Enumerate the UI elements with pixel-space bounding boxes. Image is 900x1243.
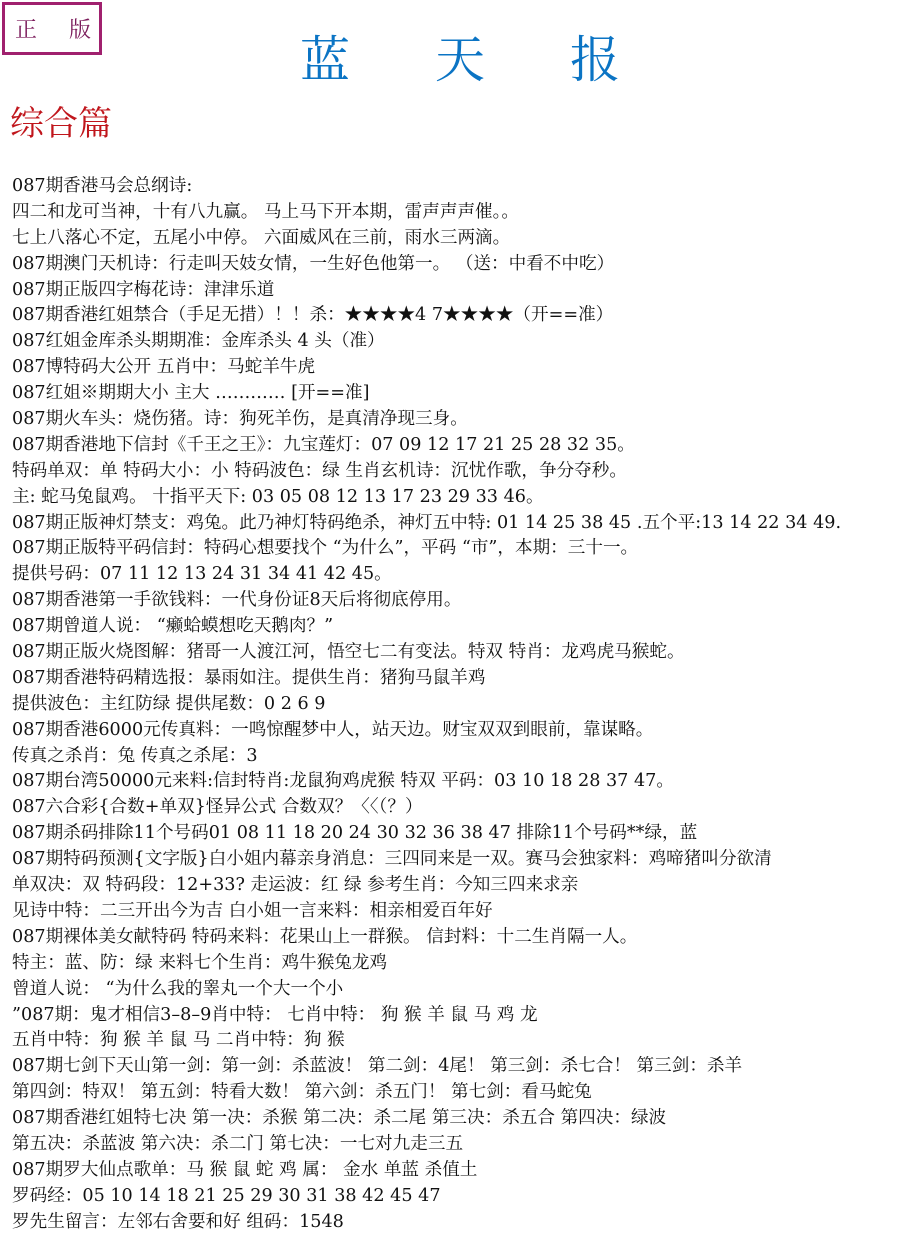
- text-line: 特主：蓝、防：绿 来料七个生肖：鸡牛猴兔龙鸡: [12, 951, 900, 977]
- text-line: 主: 蛇马兔鼠鸡。 十指平天下: 03 05 08 12 13 17 23 29…: [12, 485, 900, 511]
- badge-char: 版: [69, 13, 91, 44]
- text-line: 087期正版四字梅花诗：津津乐道: [12, 278, 900, 304]
- title-char: 报: [570, 20, 620, 92]
- text-line: 087期特码预测{文字版}白小姐内幕亲身消息：三四同来是一双。赛马会独家料：鸡啼…: [12, 847, 900, 873]
- badge-char: 正: [15, 13, 37, 44]
- content-lines: 087期香港马会总纲诗: 四二和龙可当神，十有八九赢。 马上马下开本期，雷声声声…: [12, 174, 900, 1236]
- text-line: 087期香港第一手欲钱料：一代身份证8天后将彻底停用。: [12, 588, 900, 614]
- text-line: 087期香港6000元传真料：一鸣惊醒梦中人，站天边。财宝双双到眼前，靠谋略。: [12, 718, 900, 744]
- text-line: 曾道人说： “为什么我的睾丸一个大一个小: [12, 977, 900, 1003]
- text-line: 087期正版火烧图解：猪哥一人渡江河，悟空七二有变法。特双 特肖：龙鸡虎马猴蛇。: [12, 640, 900, 666]
- text-line: ”087期：鬼才相信3–8–9肖中特： 七肖中特： 狗 猴 羊 鼠 马 鸡 龙: [12, 1003, 900, 1029]
- text-line: 087期正版特平码信封：特码心想要找个 “为什么”，平码 “市”，本期：三十一。: [12, 536, 900, 562]
- text-line: 087期裸体美女献特码 特码来料：花果山上一群猴。 信封料：十二生肖隔一人。: [12, 925, 900, 951]
- text-line: 087期曾道人说： “癞蛤蟆想吃天鹅肉？”: [12, 614, 900, 640]
- text-line: 087期香港特码精选报：暴雨如注。提供生肖：猪狗马鼠羊鸡: [12, 666, 900, 692]
- newspaper-title: 蓝 天 报: [300, 20, 620, 92]
- text-line: 罗先生留言：左邻右舍要和好 组码：1548: [12, 1210, 900, 1236]
- text-line: 087期香港红姐特七决 第一决：杀猴 第二决：杀二尾 第三决：杀五合 第四决：绿…: [12, 1106, 900, 1132]
- text-line: 见诗中特：二三开出今为吉 白小姐一言来料：相亲相爱百年好: [12, 899, 900, 925]
- text-line: 087期罗大仙点歌单：马 猴 鼠 蛇 鸡 属： 金水 单蓝 杀值土: [12, 1158, 900, 1184]
- text-line: 087期七剑下天山第一剑：第一剑：杀蓝波！ 第二剑：4尾！ 第三剑：杀七合！ 第…: [12, 1054, 900, 1080]
- text-line: 087期香港马会总纲诗:: [12, 174, 900, 200]
- text-line: 七上八落心不定，五尾小中停。 六面威风在三前，雨水三两滴。: [12, 226, 900, 252]
- text-line: 罗码经：05 10 14 18 21 25 29 30 31 38 42 45 …: [12, 1184, 900, 1210]
- text-line: 提供号码：07 11 12 13 24 31 34 41 42 45。: [12, 562, 900, 588]
- text-line: 087期澳门天机诗：行走叫天妓女情，一生好色他第一。 （送：中看不中吃）: [12, 252, 900, 278]
- text-line: 087期香港地下信封《千王之王》：九宝莲灯：07 09 12 17 21 25 …: [12, 433, 900, 459]
- text-line: 五肖中特：狗 猴 羊 鼠 马 二肖中特：狗 猴: [12, 1028, 900, 1054]
- text-line: 特码单双：单 特码大小：小 特码波色：绿 生肖玄机诗：沉忧作歌，争分夺秒。: [12, 459, 900, 485]
- text-line: 第四剑：特双！ 第五剑：特看大数！ 第六剑：杀五门！ 第七剑：看马蛇兔: [12, 1080, 900, 1106]
- text-line: 087红姐※期期大小 主大 ………… [开==准]: [12, 381, 900, 407]
- text-line: 第五决：杀蓝波 第六决：杀二门 第七决：一七对九走三五: [12, 1132, 900, 1158]
- text-line: 087期香港红姐禁合（手足无措）！！杀：★★★★4 7★★★★（开==准）: [12, 303, 900, 329]
- text-line: 087期正版神灯禁支：鸡兔。此乃神灯特码绝杀，神灯五中特: 01 14 25 3…: [12, 511, 900, 537]
- text-line: 087期台湾50000元来料:信封特肖:龙鼠狗鸡虎猴 特双 平码：03 10 1…: [12, 769, 900, 795]
- text-line: 087六合彩{合数+单双}怪异公式 合数双？〈〈（？）: [12, 795, 900, 821]
- text-line: 087博特码大公开 五肖中：马蛇羊牛虎: [12, 355, 900, 381]
- section-title: 综合篇: [10, 96, 112, 145]
- text-line: 传真之杀肖：兔 传真之杀尾：3: [12, 744, 900, 770]
- text-line: 单双决：双 特码段：12+33? 走运波：红 绿 参考生肖：今知三四来求亲: [12, 873, 900, 899]
- text-line: 提供波色：主红防绿 提供尾数：0 2 6 9: [12, 692, 900, 718]
- title-char: 天: [435, 20, 485, 92]
- text-line: 087期火车头：烧伤猪。诗：狗死羊伤，是真清净现三身。: [12, 407, 900, 433]
- text-line: 四二和龙可当神，十有八九赢。 马上马下开本期，雷声声声催。。: [12, 200, 900, 226]
- text-line: 087期杀码排除11个号码01 08 11 18 20 24 30 32 36 …: [12, 821, 900, 847]
- title-char: 蓝: [300, 20, 350, 92]
- text-line: 087红姐金库杀头期期准：金库杀头 4 头（准）: [12, 329, 900, 355]
- genuine-edition-badge: 正 版: [2, 2, 102, 55]
